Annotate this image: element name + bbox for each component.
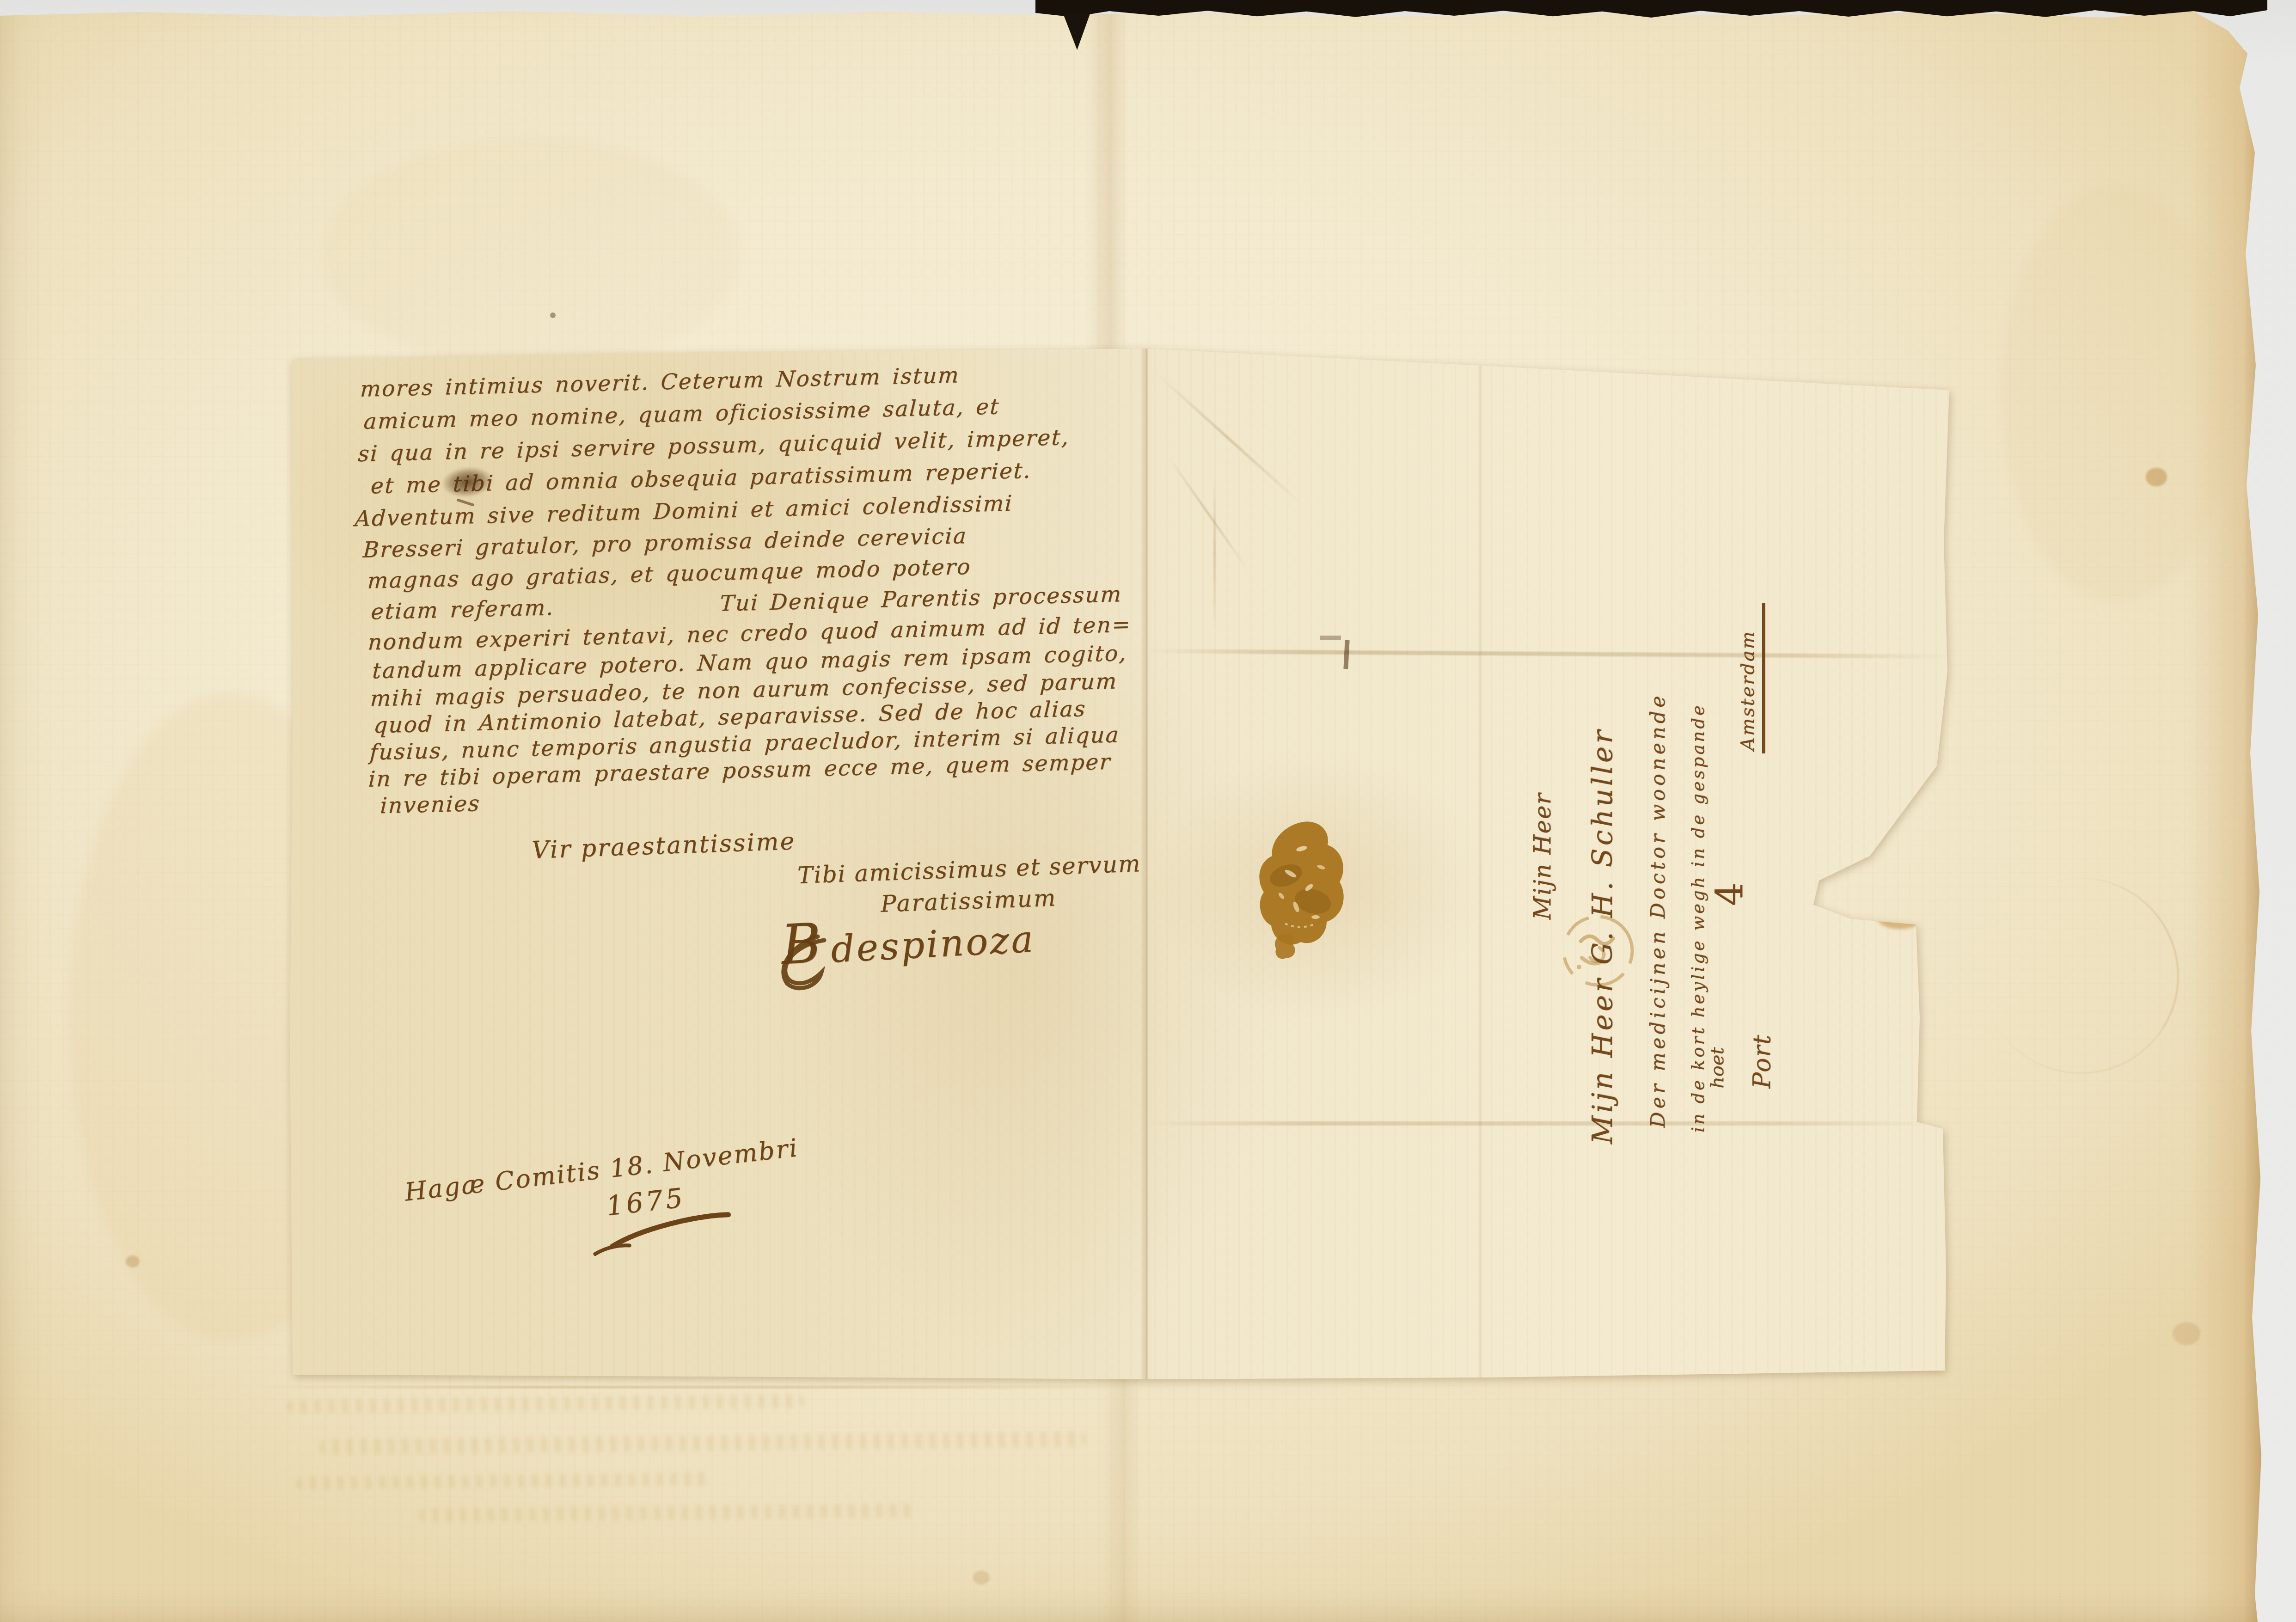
letter-line: invenies bbox=[380, 791, 481, 819]
foxing-spot bbox=[2173, 1322, 2200, 1345]
fold-crease-horizontal bbox=[1146, 1121, 1932, 1126]
address-line-1: Mijn Heer bbox=[1529, 793, 1556, 920]
signature-name: despinoza bbox=[830, 918, 1036, 971]
ink-speck bbox=[550, 312, 556, 318]
crease-ink-mark bbox=[1320, 636, 1341, 640]
tear-stain bbox=[1877, 905, 1923, 929]
age-stain bbox=[2002, 185, 2233, 601]
letter-sheet-wrap: mores intimius noverit. Ceterum Nostrum … bbox=[289, 348, 1951, 1383]
fold-wrinkle bbox=[1213, 477, 1216, 630]
address-line-4: in de kort heylige wegh in de gespande bbox=[1688, 703, 1708, 1132]
address-line-5: hoet bbox=[1707, 1047, 1728, 1089]
foxing-spot bbox=[2146, 468, 2167, 486]
dateline: Hagæ Comitis 18. Novembri 1675 bbox=[403, 1133, 808, 1278]
gutter-crease-bottom bbox=[1100, 1375, 1142, 1622]
signature-flourish bbox=[773, 934, 847, 994]
closing-valediction-1: Tibi amicissimus et servum bbox=[797, 850, 1141, 889]
age-stain bbox=[324, 139, 740, 370]
address-line-2: Mijn Heer G. H. Schuller bbox=[1586, 728, 1619, 1144]
letter-body: mores intimius noverit. Ceterum Nostrum … bbox=[356, 349, 1162, 857]
postal-rate-mark: 4 bbox=[1708, 882, 1751, 906]
letter-line: mores intimius noverit. Ceterum Nostrum … bbox=[360, 362, 961, 402]
wax-seal bbox=[1257, 819, 1350, 967]
fold-wrinkle bbox=[1156, 373, 1302, 505]
fold-crease-horizontal bbox=[1146, 649, 1951, 659]
fold-wrinkle bbox=[1168, 456, 1249, 571]
fold-crease-right bbox=[1478, 348, 1484, 1383]
address-line-3: Der medicijnen Doctor woonende bbox=[1647, 692, 1670, 1128]
page-fold-line bbox=[259, 1386, 1128, 1389]
foxing-spot bbox=[973, 1571, 990, 1585]
gutter-crease-top bbox=[1086, 12, 1128, 355]
manuscript-photograph: mores intimius noverit. Ceterum Nostrum … bbox=[0, 0, 2296, 1622]
crease-ink-mark bbox=[1343, 640, 1349, 669]
letter-sheet: mores intimius noverit. Ceterum Nostrum … bbox=[289, 348, 1951, 1383]
foxing-spot bbox=[126, 1255, 140, 1267]
letter-line: Tui Denique Parentis processum bbox=[719, 581, 1123, 617]
letter-line: etiam referam. bbox=[370, 595, 555, 624]
postage-mark: Port bbox=[1748, 1034, 1776, 1089]
address-city: Amsterdam bbox=[1737, 603, 1765, 753]
